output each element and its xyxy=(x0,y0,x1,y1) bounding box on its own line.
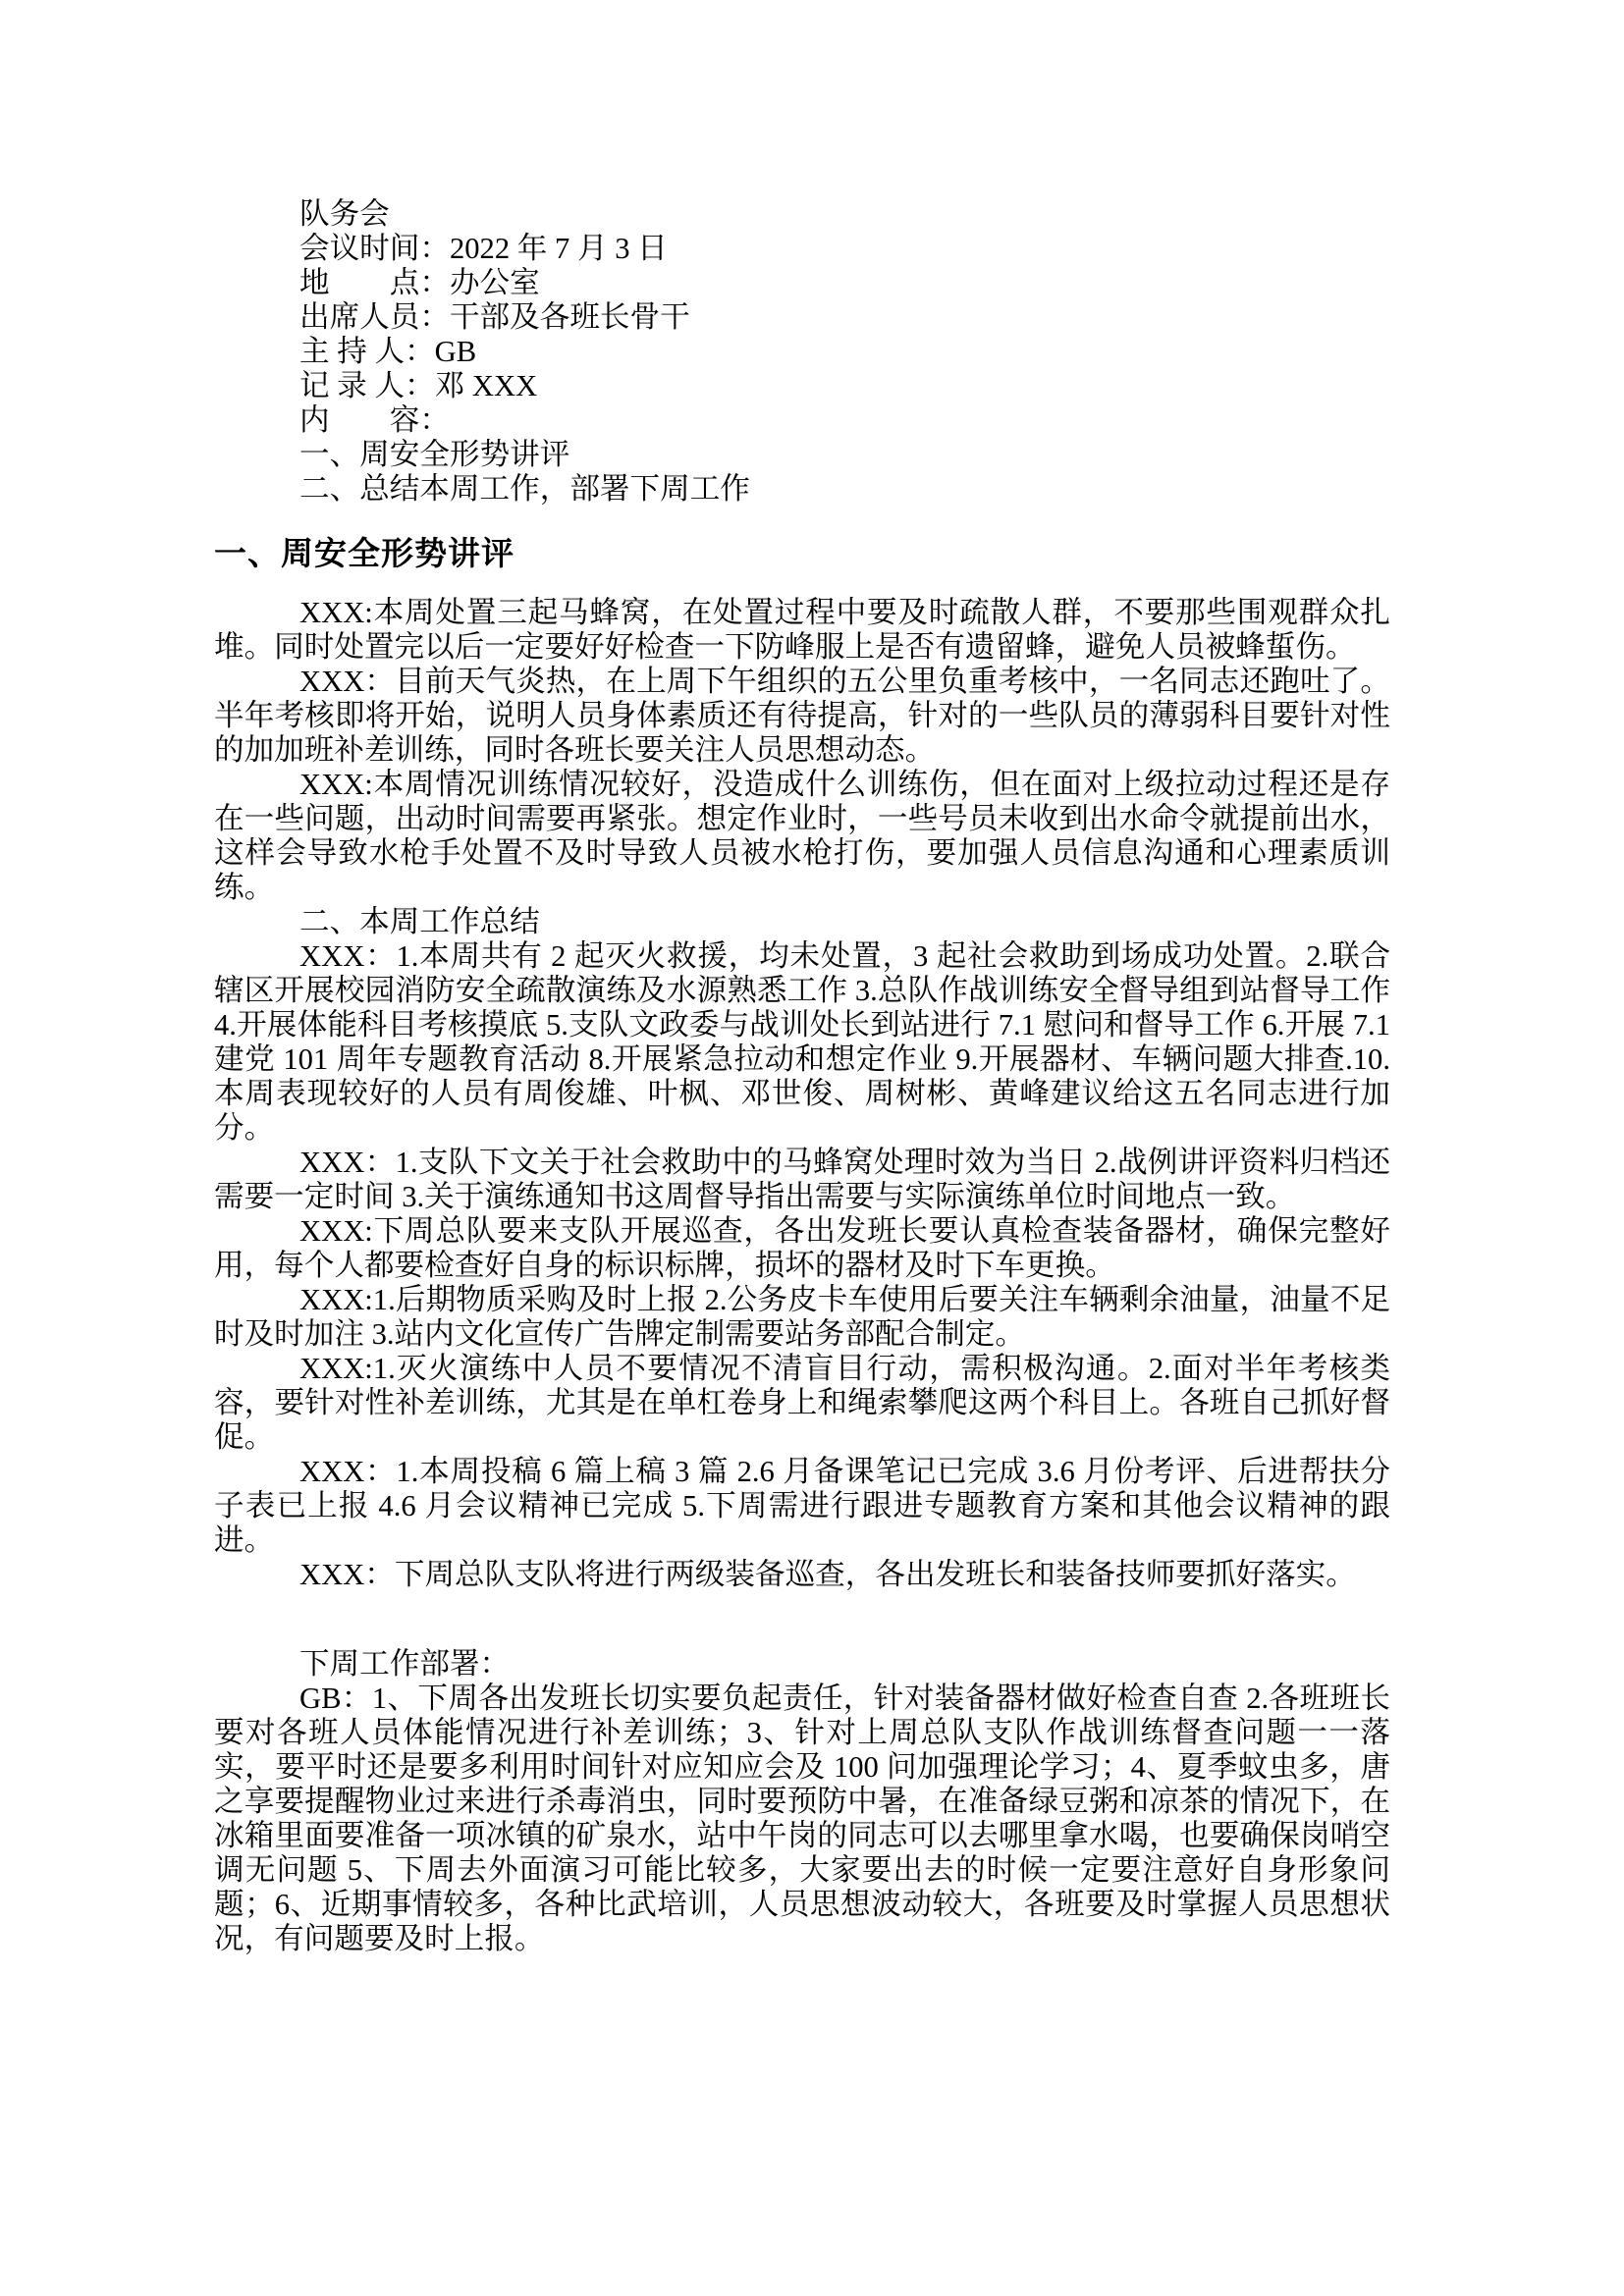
next-week-body: GB：1、下周各出发班长切实要负起责任，针对装备器材做好检查自查 2.各班班长要… xyxy=(214,1682,1390,1956)
body-paragraph: XXX：1.支队下文关于社会救助中的马蜂窝处理时效为当日 2.战例讲评资料归档还… xyxy=(214,1146,1390,1214)
body-paragraph: XXX：1.本周共有 2 起灭火救援，均未处置，3 起社会救助到场成功处置。2.… xyxy=(214,939,1390,1146)
body-paragraph: XXX:1.灭火演练中人员不要情况不清盲目行动，需积极沟通。2.面对半年考核类容… xyxy=(214,1352,1390,1455)
meeting-header-line: 出席人员：干部及各班长骨干 xyxy=(214,300,1390,335)
body-paragraph: XXX:本周处置三起马蜂窝，在处置过程中要及时疏散人群，不要那些围观群众扎堆。同… xyxy=(214,596,1390,665)
body-paragraph: XXX:1.后期物质采购及时上报 2.公务皮卡车使用后要关注车辆剩余油量，油量不… xyxy=(214,1283,1390,1352)
body-paragraph: XXX：下周总队支队将进行两级装备巡查，各出发班长和装备技师要抓好落实。 xyxy=(214,1558,1390,1592)
body-paragraph: XXX：目前天气炎热，在上周下午组织的五公里负重考核中，一名同志还跑吐了。半年考… xyxy=(214,665,1390,768)
body-paragraph: XXX:本周情况训练情况较好，没造成什么训练伤，但在面对上级拉动过程还是存在一些… xyxy=(214,768,1390,905)
section1-heading: 一、周安全形势讲评 xyxy=(214,532,1390,575)
body-paragraph: XXX：1.本周投稿 6 篇上稿 3 篇 2.6 月备课笔记已完成 3.6 月份… xyxy=(214,1455,1390,1558)
section1-body: XXX:本周处置三起马蜂窝，在处置过程中要及时疏散人群，不要那些围观群众扎堆。同… xyxy=(214,596,1390,1592)
body-paragraph: XXX:下周总队要来支队开展巡查，各出发班长要认真检查装备器材，确保完整好用，每… xyxy=(214,1214,1390,1283)
meeting-header-line: 主 持 人：GB xyxy=(214,335,1390,369)
meeting-header-line: 地 点：办公室 xyxy=(214,266,1390,300)
document-page: 队务会会议时间：2022 年 7 月 3 日地 点：办公室出席人员：干部及各班长… xyxy=(0,0,1624,2296)
body-paragraph: GB：1、下周各出发班长切实要负起责任，针对装备器材做好检查自查 2.各班班长要… xyxy=(214,1682,1390,1956)
meeting-header-line: 队务会 xyxy=(214,197,1390,232)
body-paragraph: 二、本周工作总结 xyxy=(214,905,1390,939)
next-week-title: 下周工作部署： xyxy=(214,1647,1390,1682)
meeting-header-line: 二、总结本周工作，部署下周工作 xyxy=(214,472,1390,507)
meeting-header-line: 会议时间：2022 年 7 月 3 日 xyxy=(214,232,1390,266)
meeting-header-line: 记 录 人：邓 XXX xyxy=(214,369,1390,403)
meeting-header-line: 一、周安全形势讲评 xyxy=(214,438,1390,472)
next-week-section: 下周工作部署： GB：1、下周各出发班长切实要负起责任，针对装备器材做好检查自查… xyxy=(214,1647,1390,1956)
meeting-header: 队务会会议时间：2022 年 7 月 3 日地 点：办公室出席人员：干部及各班长… xyxy=(214,197,1390,507)
meeting-header-line: 内 容： xyxy=(214,403,1390,438)
